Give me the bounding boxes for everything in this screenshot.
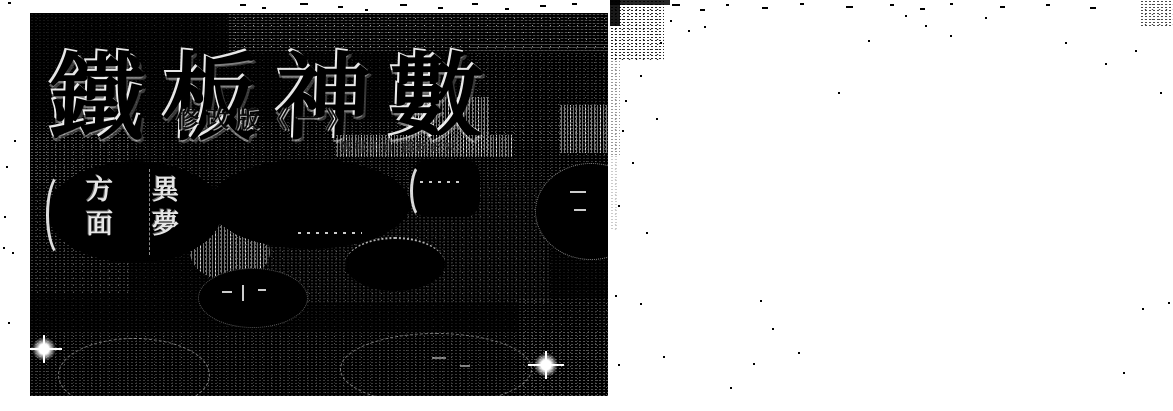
noise-speck xyxy=(14,140,16,142)
noise-dash xyxy=(8,2,11,4)
noise-dash xyxy=(890,4,894,6)
noise-speck xyxy=(663,356,665,358)
mid-oval[interactable] xyxy=(345,237,445,291)
bottom-outline-oval xyxy=(58,338,210,396)
right-edge-oval[interactable] xyxy=(535,163,608,260)
sparkle-star xyxy=(528,351,564,379)
noise-speck xyxy=(760,300,762,302)
corner-noise-cluster xyxy=(1140,0,1173,28)
plaque-divider xyxy=(149,169,150,255)
noise-speck xyxy=(868,40,870,42)
noise-speck xyxy=(12,252,14,254)
noise-speck xyxy=(8,322,10,324)
noise-dash xyxy=(300,3,308,5)
noise-speck xyxy=(772,328,774,330)
noise-speck xyxy=(730,387,732,389)
glyph-plaque-arc xyxy=(410,163,434,219)
screenshot-canvas: 鐵板神數 修改版《一》 版權所有·翻錄必究 方 面 異 夢 xyxy=(0,0,1173,411)
center-oval-dots xyxy=(298,232,362,234)
plaque-column-left: 方 面 xyxy=(86,175,113,242)
glyph-plaque-dots xyxy=(420,181,462,183)
edition-note: 修改版《一》 xyxy=(176,101,356,134)
noise-dash xyxy=(1090,7,1096,9)
noise-speck xyxy=(1123,372,1125,374)
credits-line: 版權所有·翻錄必究 xyxy=(340,138,458,155)
noise-speck xyxy=(1142,308,1144,310)
edge-noise-tail xyxy=(610,60,620,155)
noise-speck xyxy=(838,92,840,94)
noise-dash xyxy=(762,7,768,9)
noise-dash xyxy=(1000,6,1005,8)
noise-speck xyxy=(640,303,642,305)
noise-speck xyxy=(640,75,642,77)
sparkle-star xyxy=(30,335,62,363)
plaque-shine-arc xyxy=(46,171,80,259)
plaque-char: 夢 xyxy=(152,209,179,241)
noise-speck xyxy=(632,162,634,164)
plaque-char: 面 xyxy=(86,209,113,241)
noise-dash xyxy=(700,9,705,11)
noise-dash xyxy=(438,7,443,9)
noise-speck xyxy=(753,363,755,365)
noise-speck xyxy=(925,25,927,27)
noise-speck xyxy=(3,247,5,249)
plaque-char: 方 xyxy=(86,175,113,207)
noise-speck xyxy=(905,15,907,17)
noise-dash xyxy=(950,3,953,5)
top-edge-dash-band xyxy=(610,0,670,5)
noise-speck xyxy=(985,17,987,19)
noise-speck xyxy=(1135,50,1137,52)
noise-speck xyxy=(1105,63,1107,65)
noise-speck xyxy=(1168,302,1170,304)
bottom-oval-mark xyxy=(460,365,470,367)
noise-dash xyxy=(240,4,246,6)
plaque-column-right: 異 夢 xyxy=(152,175,179,242)
bottom-outline-oval xyxy=(340,333,532,396)
noise-dash xyxy=(540,5,546,7)
noise-speck xyxy=(625,100,627,102)
noise-speck xyxy=(1160,92,1162,94)
edge-noise-tail xyxy=(610,155,618,230)
menu-plaque-cloud[interactable]: 方 面 異 夢 xyxy=(48,161,222,263)
noise-dash xyxy=(672,4,680,6)
noise-dash xyxy=(800,3,804,5)
noise-speck xyxy=(615,295,617,297)
noise-speck xyxy=(1065,42,1067,44)
noise-dash xyxy=(472,3,478,5)
low-oval-glyph-mark xyxy=(242,285,244,301)
bottom-oval-mark xyxy=(432,357,446,359)
low-oval-glyph-mark xyxy=(222,291,232,293)
noise-dash xyxy=(1046,4,1050,6)
noise-speck xyxy=(4,216,6,218)
noise-speck xyxy=(704,26,706,28)
noise-dash xyxy=(846,6,853,8)
low-oval[interactable] xyxy=(198,268,308,328)
game-title: 鐵板神數 xyxy=(48,23,608,159)
noise-speck xyxy=(798,352,800,354)
noise-speck xyxy=(950,35,952,37)
noise-speck xyxy=(646,232,648,234)
noise-speck xyxy=(622,130,624,132)
noise-speck xyxy=(618,205,620,207)
right-oval-glyph-mark xyxy=(574,209,586,211)
low-oval-glyph-mark xyxy=(258,289,266,291)
noise-dash xyxy=(400,4,407,6)
game-title-screen: 鐵板神數 修改版《一》 版權所有·翻錄必究 方 面 異 夢 xyxy=(30,13,608,396)
bottom-right-dither xyxy=(518,298,608,396)
noise-dash xyxy=(572,3,577,5)
plaque-char: 異 xyxy=(152,175,179,207)
noise-speck xyxy=(670,20,672,22)
noise-dash xyxy=(365,9,368,11)
noise-speck xyxy=(688,30,690,32)
noise-dash xyxy=(726,4,729,6)
noise-speck xyxy=(660,42,662,44)
noise-speck xyxy=(656,118,658,120)
center-oval[interactable] xyxy=(210,159,410,249)
noise-dash xyxy=(920,8,925,10)
right-oval-glyph-mark xyxy=(570,191,586,193)
noise-speck xyxy=(6,166,8,168)
noise-speck xyxy=(618,364,620,366)
noise-dash xyxy=(338,6,343,8)
noise-dash xyxy=(505,8,509,10)
noise-dash xyxy=(262,7,266,9)
